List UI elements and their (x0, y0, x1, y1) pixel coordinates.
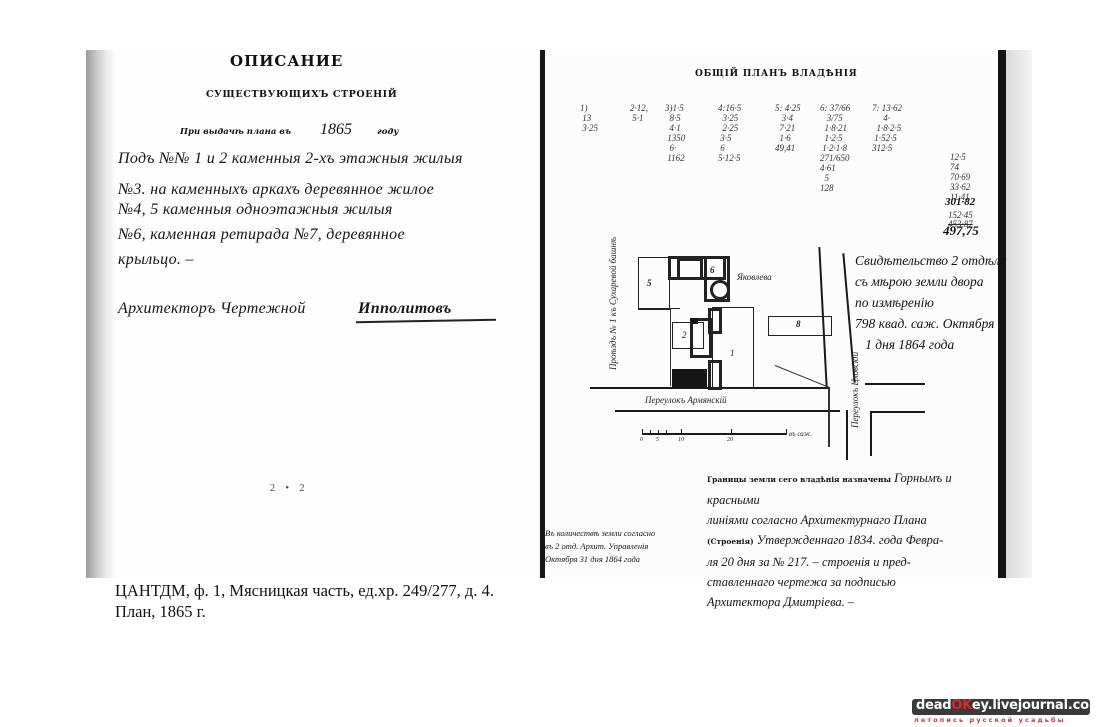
year-suffix: году (377, 127, 398, 137)
margin-note: Въ количествѣ земли согласно въ 2 отд. А… (545, 527, 655, 566)
building-7 (710, 280, 730, 300)
scale-bar (642, 433, 787, 435)
scale-unit: въ саж. (789, 430, 812, 438)
archive-caption: ЦАНТДМ, ф. 1, Мясницкая часть, ед.хр. 24… (115, 580, 494, 622)
calc-5: 5: 4·25 3·4 7·21 1·6 49,41 (775, 103, 801, 153)
signature-title: Архитекторъ Чертежной (118, 300, 306, 318)
calc-3: 3)1·5 8·5 4·1 1350 6· 1162 (665, 103, 685, 163)
caption-line-2: План, 1865 г. (115, 601, 494, 622)
handwriting-line-2: №3. на каменныхъ аркахъ деревянное жилое (118, 181, 434, 199)
boundary-statement: Границы земли сего владѣнія назначены Го… (707, 468, 1007, 612)
calc-7: 7: 13·62 4· 1·8·2·5 1·52·5 312·5 (872, 103, 902, 153)
bottom-street-label: Переулокъ Армянскій (645, 395, 727, 405)
shaded-building (672, 369, 707, 387)
building-4 (708, 360, 722, 390)
calc-2: 2·12, 5·1 (630, 103, 648, 123)
neighbor-label: Яковлева (737, 272, 772, 282)
street-line-lower (615, 410, 840, 412)
signature: Ипполитовъ (358, 300, 452, 318)
left-page-subtitle: СУЩЕСТВУЮЩИХЪ СТРОЕНІЙ (206, 89, 397, 100)
watermark-subtitle: летопись русской усадьбы (914, 716, 1066, 724)
building-5 (638, 257, 670, 310)
year-value: 1865 (320, 121, 352, 138)
handwriting-line-4: №6, каменная ретирада №7, деревянное (118, 226, 405, 244)
calc-totals: 12·5 74 70·69 33·62 11·41 (950, 152, 970, 202)
left-page-binding-shadow (86, 50, 116, 578)
page-marks: 2 • 2 (270, 483, 309, 494)
caption-line-1: ЦАНТДМ, ф. 1, Мясницкая часть, ед.хр. 24… (115, 580, 494, 601)
handwriting-line-5: крыльцо. – (118, 251, 194, 269)
year-prefix: При выдачѣ плана въ (180, 127, 291, 137)
right-street-label: Переулокъ Цховскій (850, 352, 860, 428)
watermark-logo: deadOKey.livejournal.com летопись русско… (912, 699, 1092, 725)
side-street-left (846, 410, 848, 460)
handwriting-line-1: Подъ №№ 1 и 2 каменныя 2-хъ этажныя жилы… (118, 150, 463, 168)
left-page-title: ОПИСАНИЕ (230, 52, 343, 70)
year-line: При выдачѣ плана въ 1865 году (180, 121, 398, 139)
calc-6: 6: 37/66 3/75 1·8·21 1·2·5 1·2·1·8 271/6… (820, 103, 850, 193)
handwriting-line-3: №4, 5 каменныя одноэтажныя жилыя (118, 201, 393, 219)
calc-4: 4:16·5 3·25 2·25 3·5 6 5·12·5 (718, 103, 741, 163)
handwritten-area-note: Свидѣтельство 2 отдѣла съ мѣрою земли дв… (855, 250, 1007, 355)
left-street-label: Проѣздъ № 1 къ Сухаревой башнѣ (608, 237, 618, 370)
plan-title: ОБЩІЙ ПЛАНЪ ВЛАДѢНІЯ (695, 69, 858, 79)
calc-1: 1) 13 3·25 (580, 103, 598, 133)
